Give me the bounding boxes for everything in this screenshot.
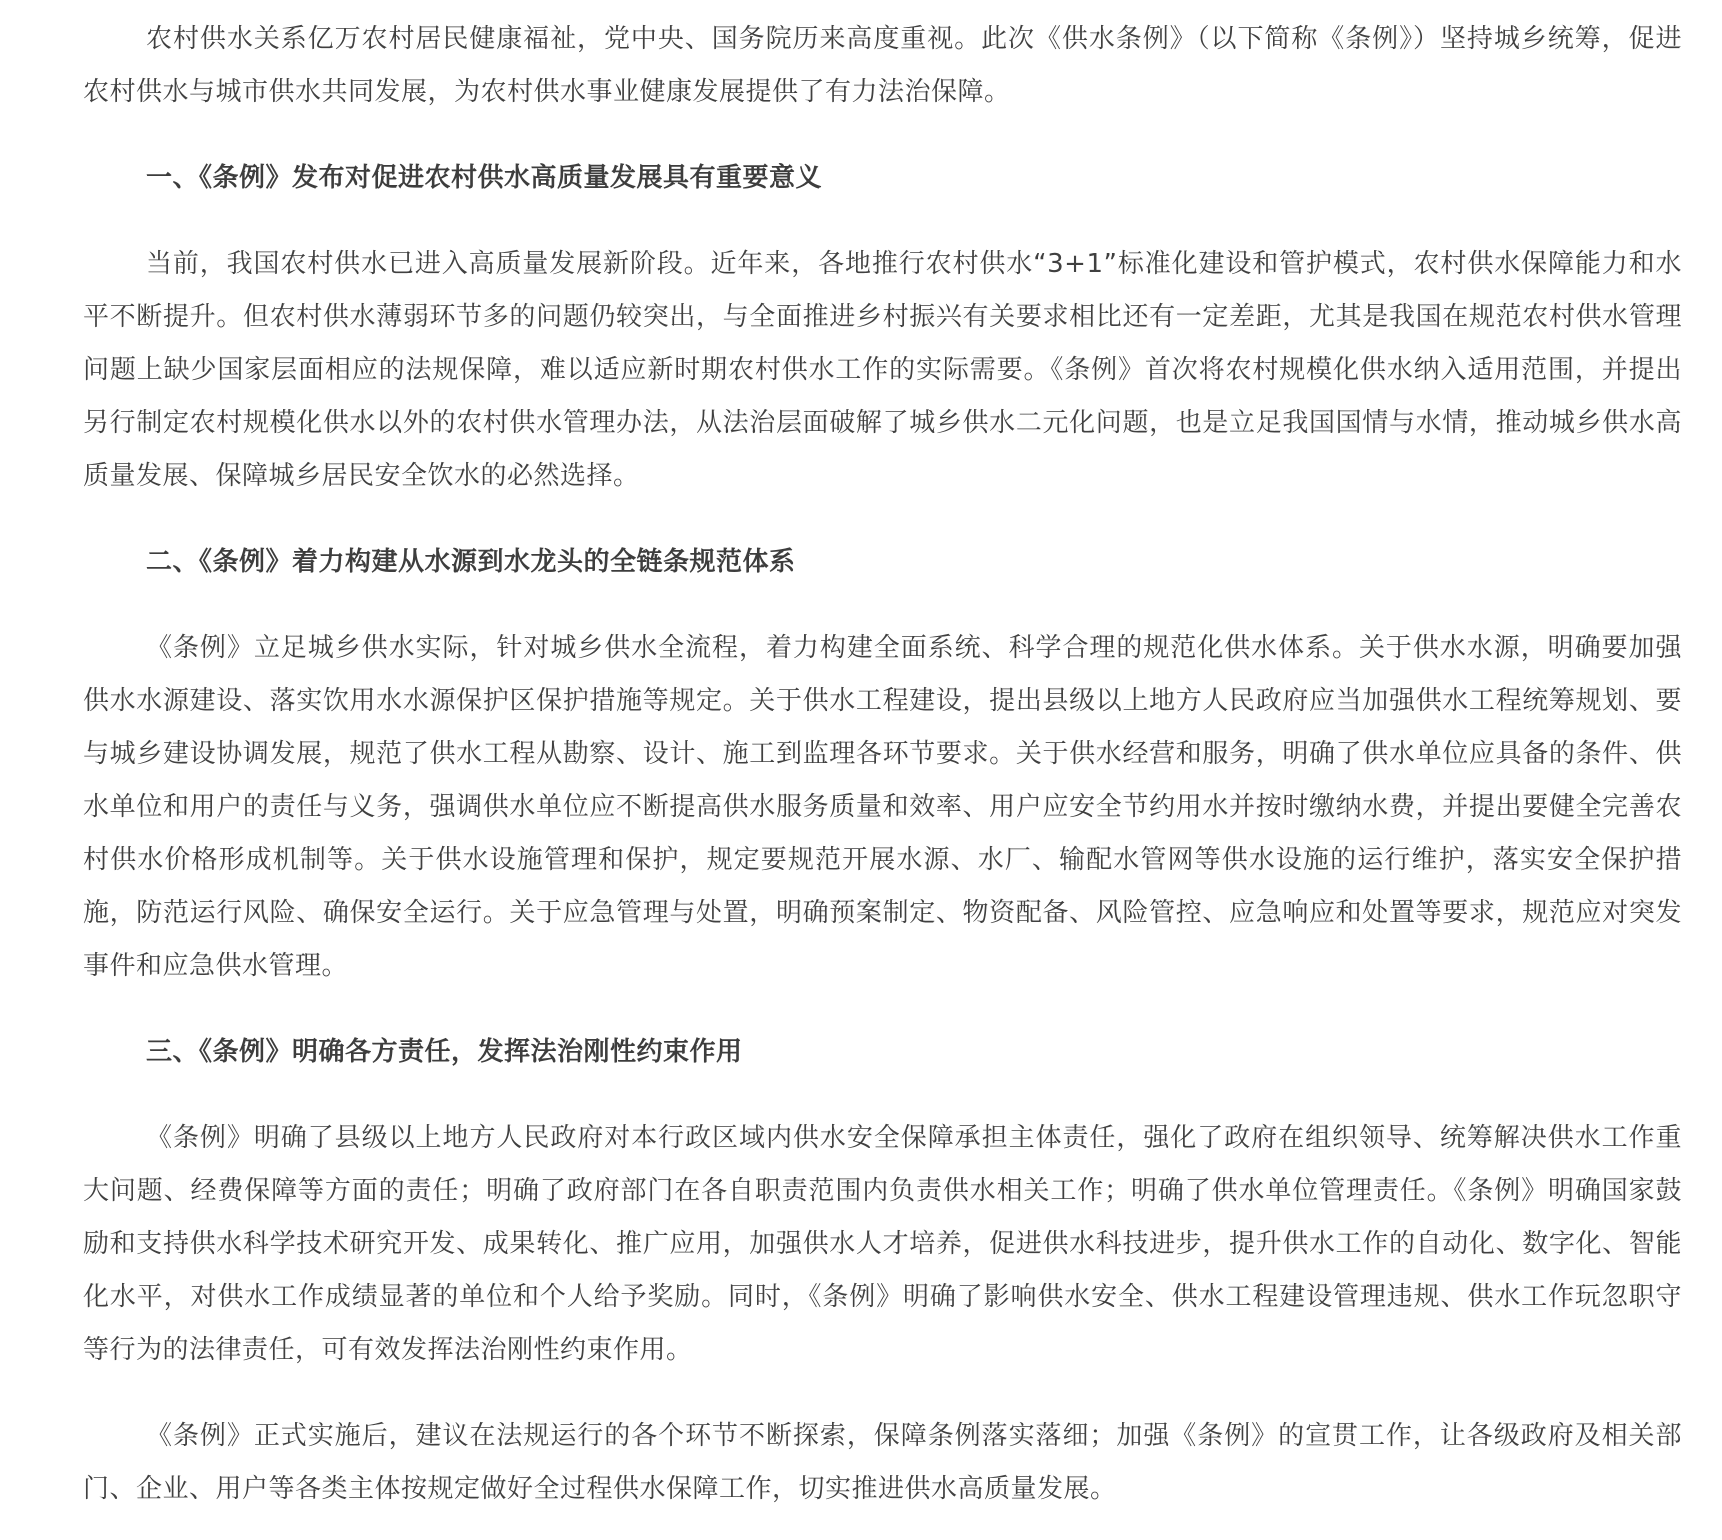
section-3-heading: 三、《条例》明确各方责任，发挥法治刚性约束作用 — [83, 1026, 1682, 1079]
section-1-heading: 一、《条例》发布对促进农村供水高质量发展具有重要意义 — [83, 152, 1682, 205]
section-3-paragraph: 《条例》明确了县级以上地方人民政府对本行政区域内供水安全保障承担主体责任，强化了… — [83, 1112, 1682, 1377]
document-page: 农村供水关系亿万农村居民健康福祉，党中央、国务院历来高度重视。此次《供水条例》（… — [0, 0, 1722, 1540]
section-1-paragraph: 当前，我国农村供水已进入高质量发展新阶段。近年来，各地推行农村供水“3+1”标准… — [83, 238, 1682, 503]
intro-paragraph: 农村供水关系亿万农村居民健康福祉，党中央、国务院历来高度重视。此次《供水条例》（… — [83, 13, 1682, 119]
closing-paragraph: 《条例》正式实施后，建议在法规运行的各个环节不断探索，保障条例落实落细；加强《条… — [83, 1410, 1682, 1516]
section-2-paragraph: 《条例》立足城乡供水实际，针对城乡供水全流程，着力构建全面系统、科学合理的规范化… — [83, 622, 1682, 993]
article-body: 农村供水关系亿万农村居民健康福祉，党中央、国务院历来高度重视。此次《供水条例》（… — [0, 0, 1722, 1540]
section-2-heading: 二、《条例》着力构建从水源到水龙头的全链条规范体系 — [83, 536, 1682, 589]
